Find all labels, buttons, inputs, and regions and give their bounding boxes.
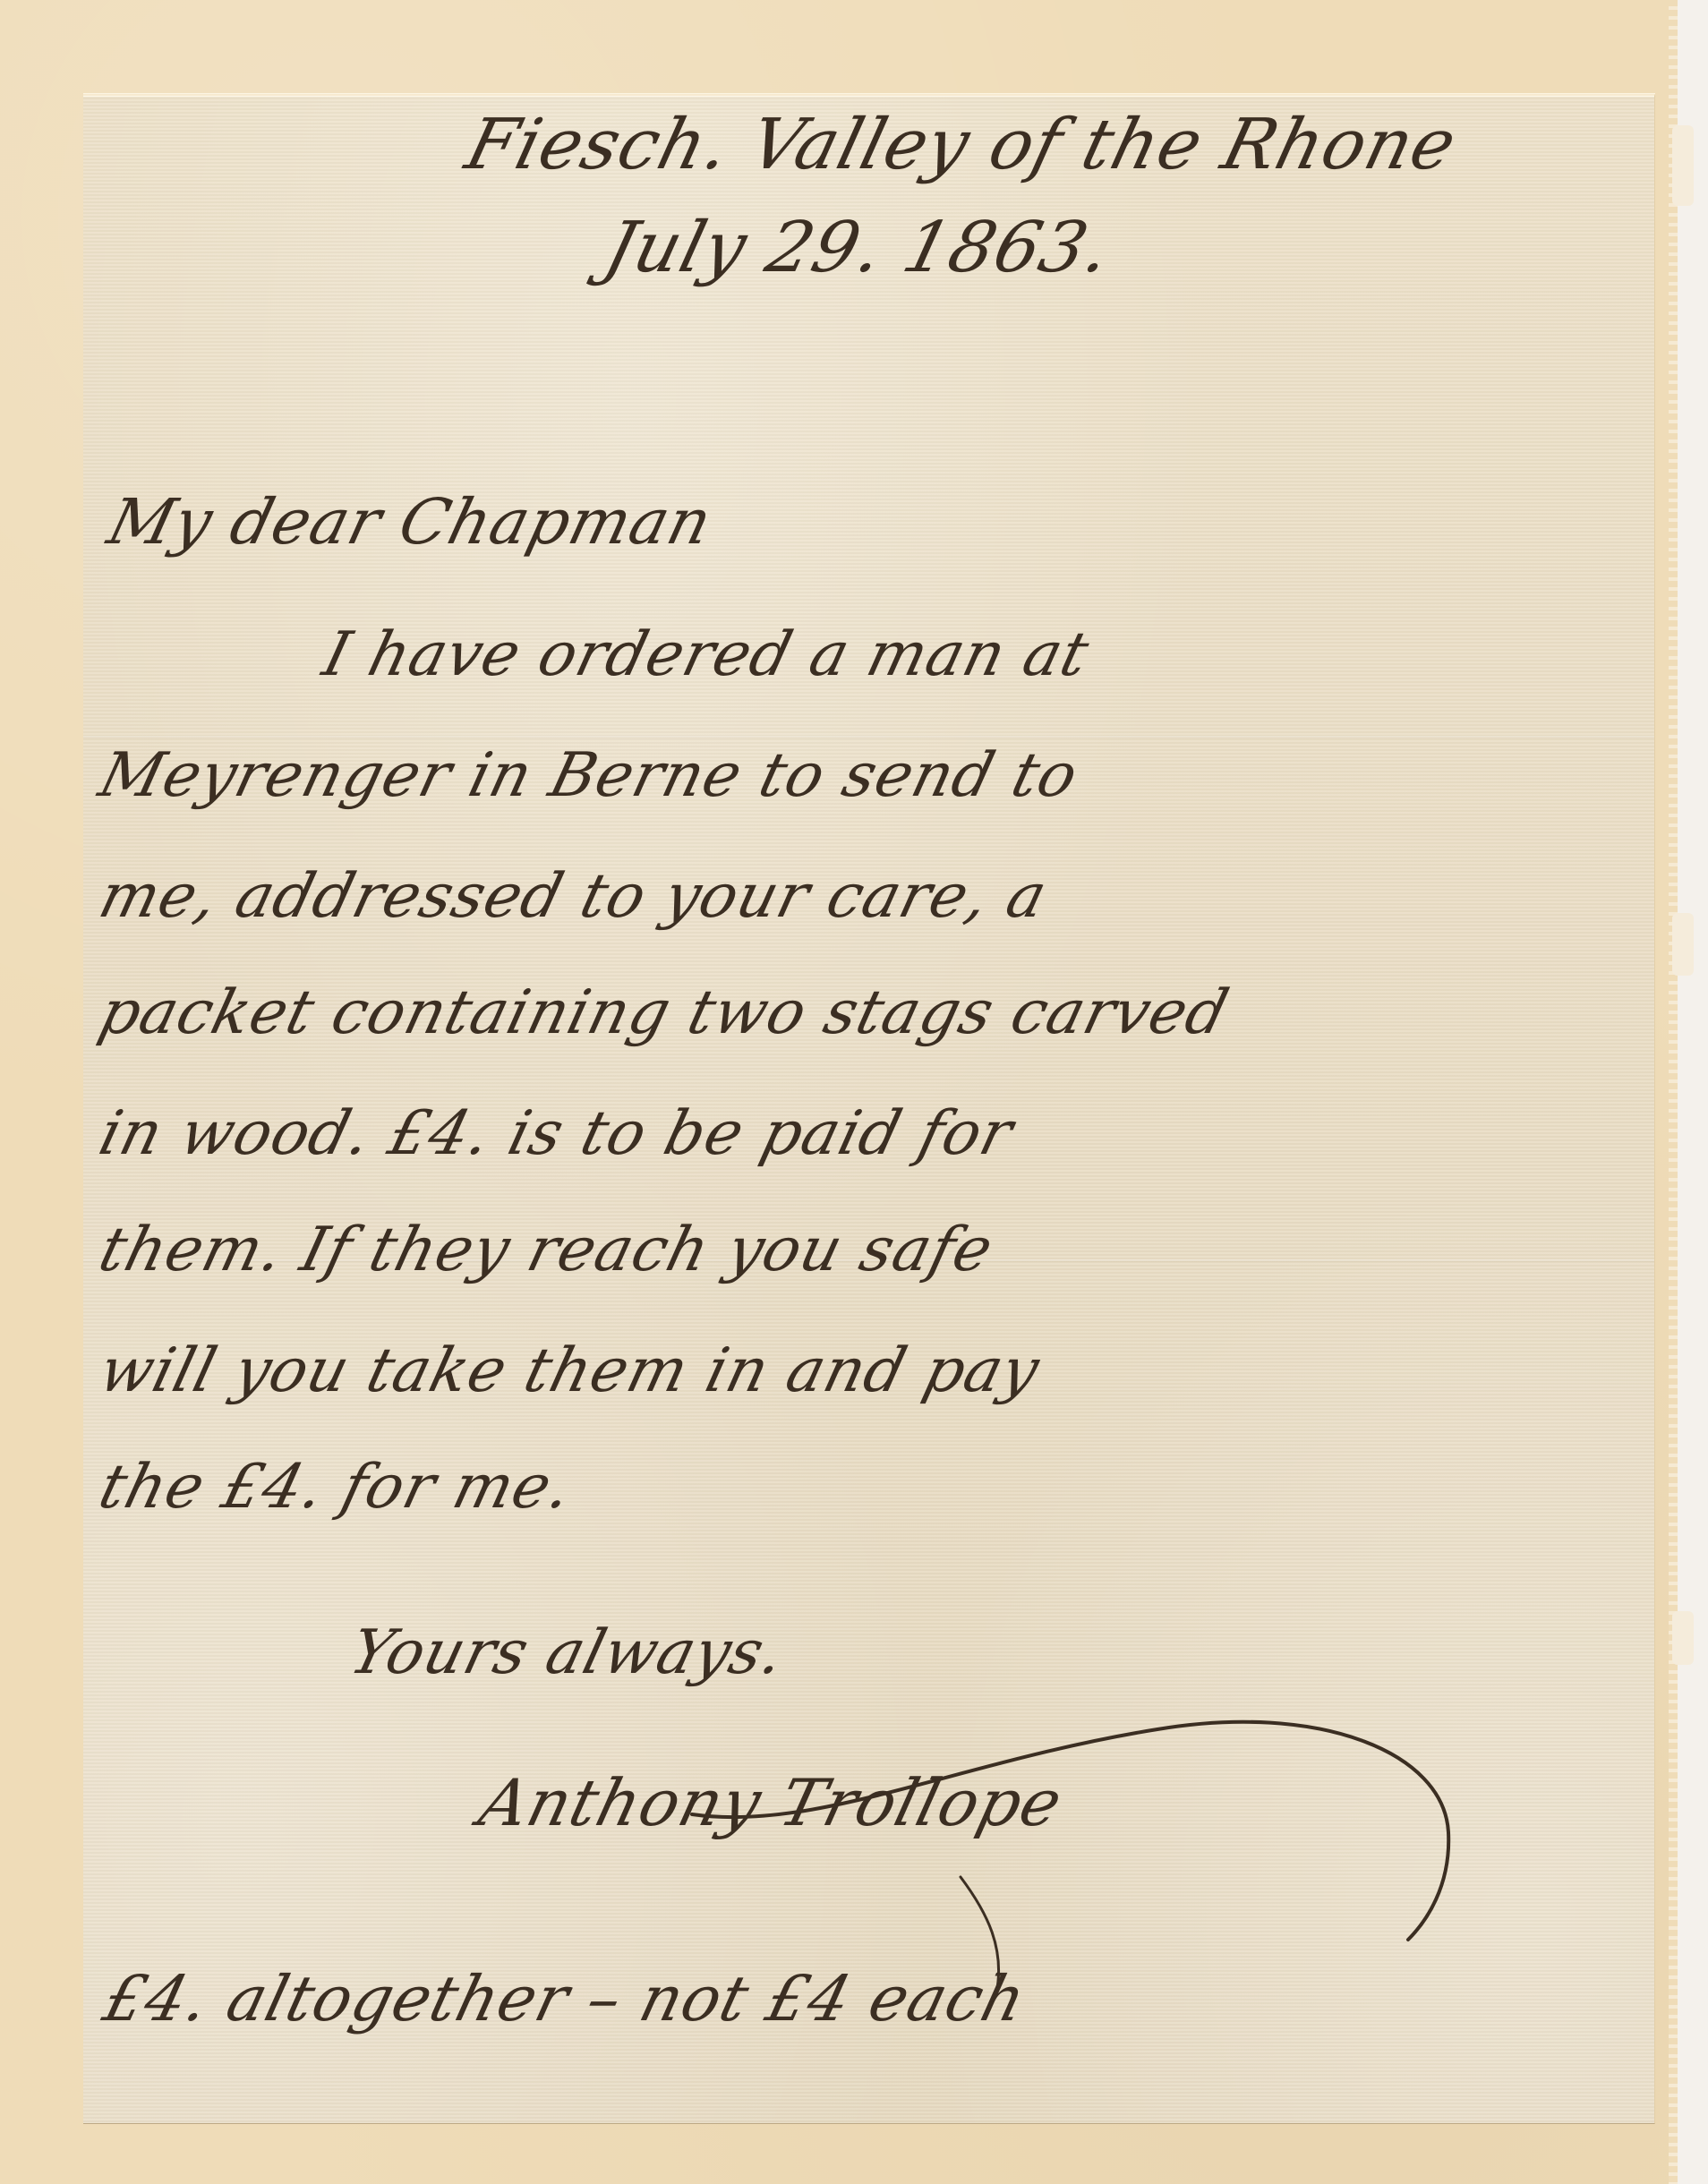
body-line: the £4. for me. — [92, 1452, 579, 1523]
body-line: packet containing two stags carved — [92, 977, 1235, 1048]
body-line: I have ordered a man at — [316, 619, 1096, 690]
body-line: me, addressed to your care, a — [92, 861, 1054, 932]
torn-paper-fragment — [1672, 125, 1694, 206]
body-line: will you take them in and pay — [92, 1335, 1046, 1406]
torn-paper-fragment — [1672, 913, 1694, 976]
letter-place: Fiesch. Valley of the Rhone — [458, 105, 1465, 185]
postscript: £4. altogether – not £4 each — [97, 1962, 1034, 2035]
letter-sheet: Fiesch. Valley of the Rhone July 29. 186… — [83, 94, 1655, 2124]
salutation: My dear Chapman — [101, 485, 720, 559]
letter-date: July 29. 1863. — [597, 208, 1120, 288]
closing: Yours always. — [343, 1617, 791, 1688]
signature: Anthony Trollope — [473, 1765, 1071, 1840]
torn-paper-fragment — [1672, 1611, 1694, 1665]
signature-flourish-icon — [585, 1680, 1569, 2002]
fold-crease — [83, 736, 1654, 738]
backing-card-edge — [1669, 0, 1678, 2184]
body-line: in wood. £4. is to be paid for — [92, 1098, 1021, 1169]
body-line: them. If they reach you safe — [92, 1215, 1000, 1285]
body-line: Meyrenger in Berne to send to — [92, 740, 1085, 811]
